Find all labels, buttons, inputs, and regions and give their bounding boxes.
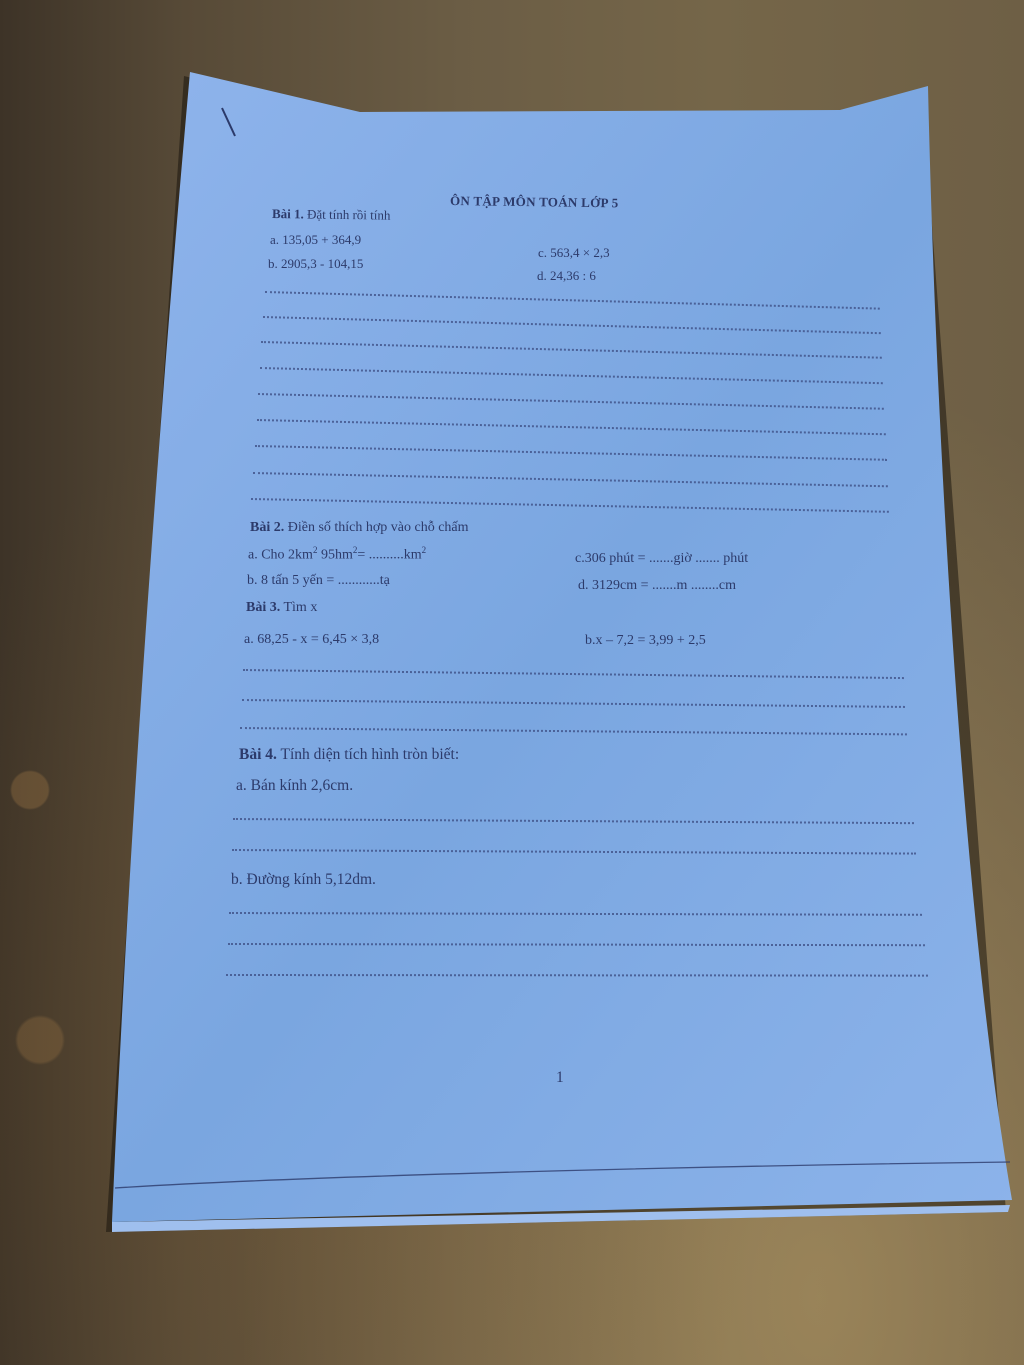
bai2-heading-row: Bài 2. Điền số thích hợp vào chỗ chấm [250, 520, 469, 536]
bai1-item-a: a. 135,05 + 364,9 [270, 232, 361, 248]
bai2-item-a: a. Cho 2km2 95hm2= ..........km2 [248, 545, 426, 564]
bai2-item-a-mid: 95hm [317, 548, 352, 563]
bai3-instruction: Tìm x [283, 600, 317, 615]
page-title: ÔN TẬP MÔN TOÁN LỚP 5 [450, 193, 619, 211]
bai4-heading-row: Bài 4. Tính diện tích hình tròn biết: [239, 746, 459, 764]
bai4-item-a: a. Bán kính 2,6cm. [236, 777, 353, 795]
bai2-item-a-prefix: a. Cho 2km [248, 548, 313, 563]
bai1-item-d: d. 24,36 : 6 [537, 268, 596, 284]
bai3-item-a: a. 68,25 - x = 6,45 × 3,8 [244, 632, 379, 648]
bai3-heading-row: Bài 3. Tìm x [246, 600, 317, 616]
bai4-instruction: Tính diện tích hình tròn biết: [281, 746, 460, 763]
bai2-instruction: Điền số thích hợp vào chỗ chấm [288, 520, 469, 535]
superscript: 2 [422, 545, 427, 555]
bai2-heading: Bài 2. [250, 520, 284, 535]
bai3-item-b: b.x – 7,2 = 3,99 + 2,5 [585, 633, 706, 649]
bai4-item-b: b. Đường kính 5,12dm. [231, 871, 376, 889]
bai2-item-b: b. 8 tấn 5 yến = ............tạ [247, 573, 390, 589]
page-number: 1 [556, 1069, 564, 1087]
bai1-heading: Bài 1. [272, 206, 304, 221]
bai1-item-b: b. 2905,3 - 104,15 [268, 256, 363, 272]
bai1-item-c: c. 563,4 × 2,3 [538, 245, 610, 261]
bai2-item-c: c.306 phút = .......giờ ....... phút [575, 551, 748, 567]
bai4-heading: Bài 4. [239, 746, 277, 763]
bai1-instruction: Đặt tính rồi tính [307, 206, 391, 222]
bai2-item-d: d. 3129cm = .......m ........cm [578, 578, 736, 594]
bai2-item-a-eq: = ..........km [357, 548, 421, 563]
bai1-heading-row: Bài 1. Đặt tính rồi tính [272, 206, 391, 224]
bai3-heading: Bài 3. [246, 600, 280, 615]
